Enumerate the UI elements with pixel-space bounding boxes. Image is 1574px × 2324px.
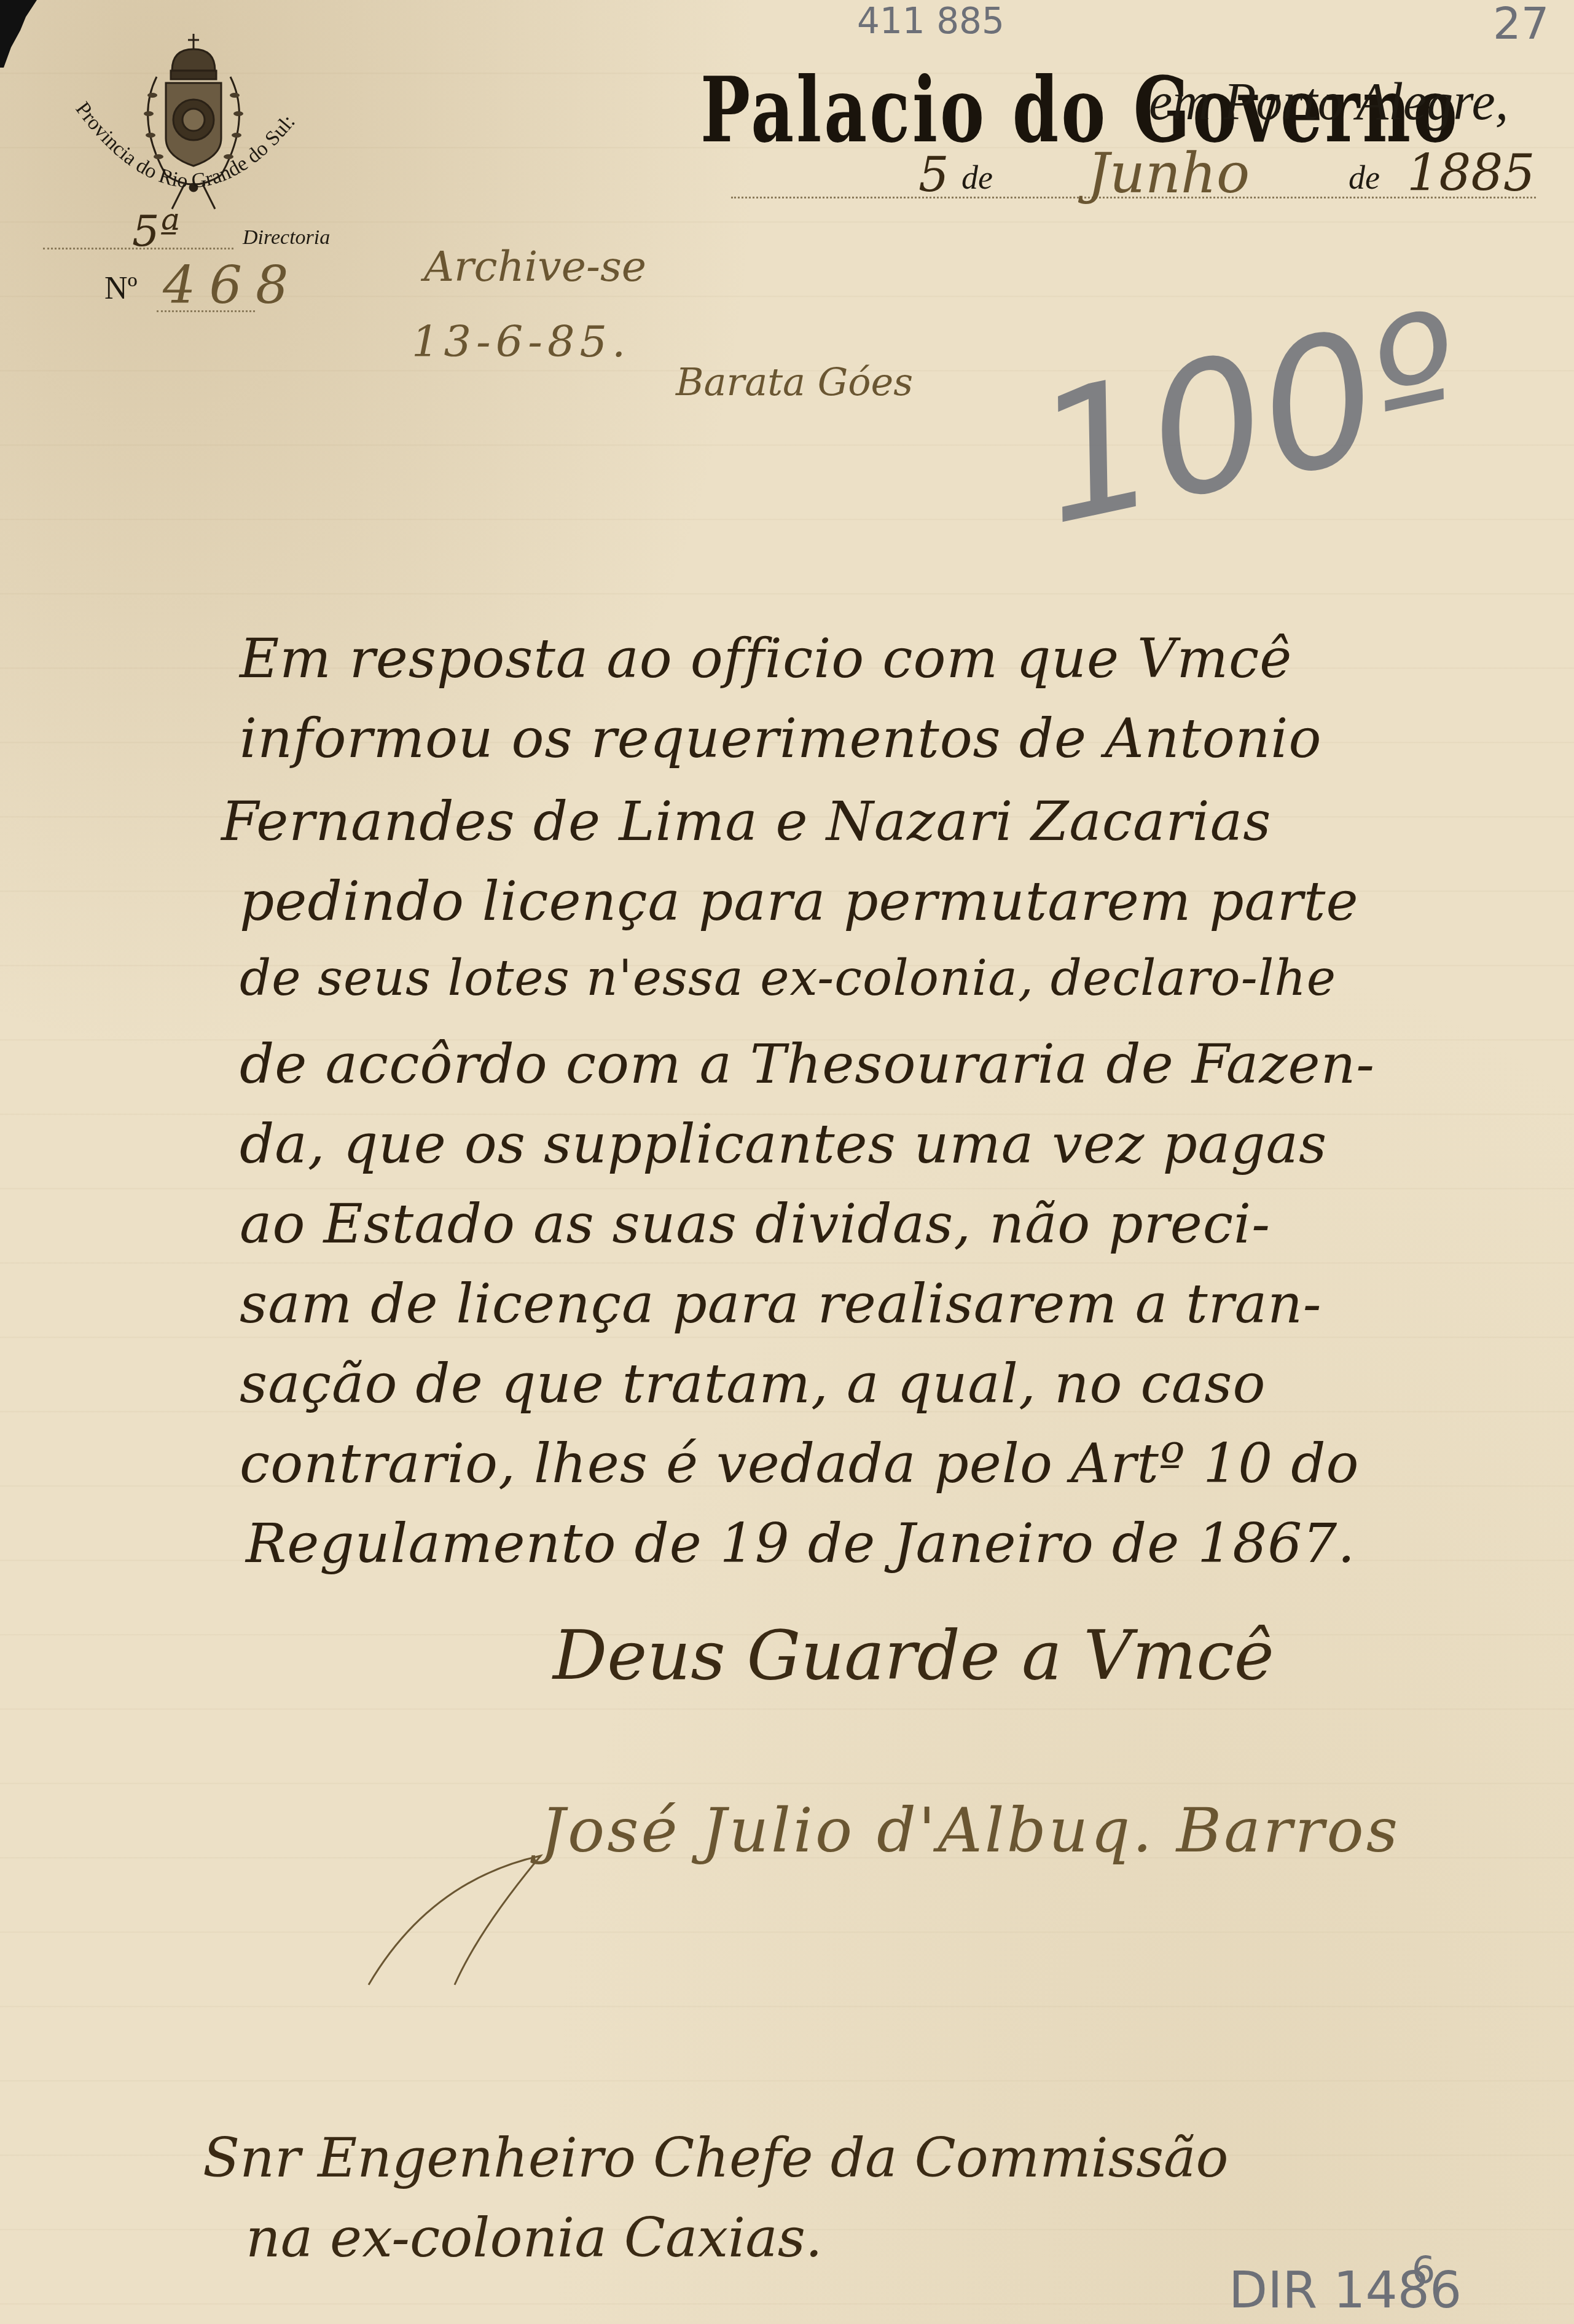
folio-number: 27: [1493, 0, 1549, 49]
svg-text:Provincia do Rio Grande do Sul: Provincia do Rio Grande do Sul:: [71, 98, 300, 192]
body-line: pedindo licença para permutarem parte: [240, 870, 1359, 933]
archive-signature: Barata Góes: [676, 359, 913, 404]
body-line: de seus lotes n'essa ex-colonia, declaro…: [240, 949, 1336, 1007]
pencil-reference: 411 885: [857, 0, 1004, 42]
pencil-amount: 100º: [1020, 275, 1478, 565]
directoria-dotted-line: [43, 248, 233, 249]
body-line: sam de licença para realisarem a tran-: [240, 1272, 1322, 1335]
body-line: contrario, lhes é vedada pelo Artº 10 do: [240, 1432, 1360, 1495]
number-label: Nº: [104, 270, 138, 307]
body-line: da, que os supplicantes uma vez pagas: [240, 1112, 1327, 1176]
archive-note: Archive-se: [424, 243, 646, 291]
date-de-1: de: [961, 159, 993, 197]
letter-sheet: Provincia do Rio Grande do Sul: 5ª Direc…: [0, 0, 1574, 2324]
addressee-line-2: na ex-colonia Caxias.: [246, 2206, 823, 2269]
body-line: ao Estado as suas dividas, não preci-: [240, 1192, 1271, 1255]
signature-flourish: [356, 1843, 786, 1991]
date-de-2: de: [1349, 159, 1380, 197]
letterhead-city: em Porto Alegre,: [1149, 71, 1508, 132]
closing-salutation: Deus Guarde a Vmcê: [553, 1616, 1274, 1695]
body-line: Em resposta ao officio com que Vmcê: [240, 627, 1292, 690]
date-year: 1885: [1407, 144, 1535, 203]
addressee-line-1: Snr Engenheiro Chefe da Commissão: [203, 2126, 1229, 2189]
date-day: 5: [918, 147, 949, 203]
body-line: informou os requerimentos de Antonio: [240, 707, 1322, 770]
document-number: 468: [163, 255, 302, 315]
number-dotted-line: [157, 310, 255, 312]
archive-date: 13-6-85.: [412, 316, 630, 367]
corner-mark: 6: [1412, 2249, 1435, 2292]
directoria-label: Directoria: [243, 226, 330, 249]
body-line: Fernandes de Lima e Nazari Zacarias: [221, 790, 1271, 853]
body-line: Regulamento de 19 de Janeiro de 1867.: [246, 1512, 1355, 1575]
torn-corner: [0, 0, 37, 68]
date-month: Junho: [1087, 141, 1250, 206]
body-line: de accôrdo com a Thesouraria de Fazen-: [240, 1032, 1375, 1096]
body-line: sação de que tratam, a qual, no caso: [240, 1352, 1266, 1415]
